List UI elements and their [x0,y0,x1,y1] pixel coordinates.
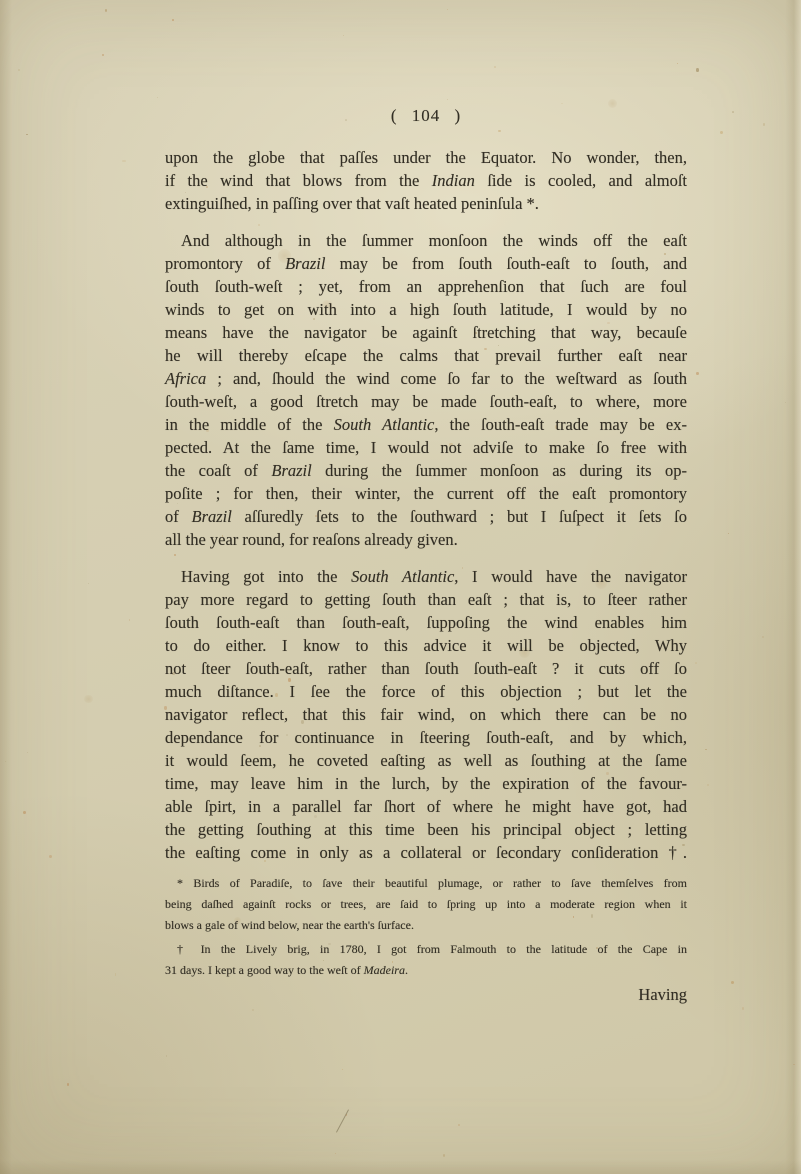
text-segment: upon the globe that paſſes under the Equ… [165,148,687,167]
body-text: upon the globe that paſſes under the Equ… [165,146,687,864]
book-page: ( 104 ) upon the globe that paſſes under… [0,0,801,1174]
text-segment: † In the Lively brig, in 1780, I got fro… [177,942,687,956]
text-segment: * Birds of Paradiſe, to ſave their beaut… [177,876,687,890]
foxing-speckle [447,99,448,100]
foxing-speckle [27,752,28,753]
foxing-speckle [342,1069,343,1070]
foxing-speckle [720,131,723,134]
text-segment: extinguiſhed, in paſſing over that vaſt … [165,194,539,213]
foxing-speckle [707,784,709,786]
text-segment: ſide is cooled, and almoſt [475,171,687,190]
italic-text: Brazil [285,254,325,273]
text-segment: navigator reflect, that this fair wind, … [165,705,687,724]
text-line: † In the Lively brig, in 1780, I got fro… [165,939,687,960]
foxing-speckle [105,9,107,12]
italic-text: Africa [165,369,206,388]
text-line: ſouth ſouth-eaſt than ſouth-eaſt, ſuppoſ… [165,611,687,634]
catchword: Having [165,983,687,1006]
footnotes: * Birds of Paradiſe, to ſave their beaut… [165,873,687,981]
text-line: And although in the ſummer monſoon the w… [165,229,687,252]
text-line: all the year round, for reaſons already … [165,528,687,551]
foxing-speckle [732,111,734,113]
text-segment: the eaſting come in only as a collateral… [165,843,687,862]
text-line: time, may leave him in the lurch, by the… [165,772,687,795]
text-line: of Brazil aſſuredly ſets to the ſouthwar… [165,505,687,528]
foxing-speckle [763,123,765,125]
text-line: Africa ; and, ſhould the wind come ſo fa… [165,367,687,390]
text-segment: he will thereby eſcape the calms that pr… [165,346,687,365]
text-line: he will thereby eſcape the calms that pr… [165,344,687,367]
foxing-speckle [695,662,697,664]
foxing-speckle [335,1153,336,1154]
page-edge-shading-right [785,0,801,1174]
text-segment: . [405,963,408,977]
text-line: * Birds of Paradiſe, to ſave their beaut… [165,873,687,894]
text-segment: ſouth-weſt, a good ſtretch may be made ſ… [165,392,687,411]
foxing-speckle [343,35,344,36]
text-line: to do either. I know to this advice it w… [165,634,687,657]
body-paragraph: upon the globe that paſſes under the Equ… [165,146,687,215]
page-edge-shading-bottom [0,1160,801,1174]
footnote: † In the Lively brig, in 1780, I got fro… [165,939,687,981]
foxing-speckle [731,981,734,984]
text-line: dependance for continuance in ſteering ſ… [165,726,687,749]
text-line: upon the globe that paſſes under the Equ… [165,146,687,169]
italic-text: Madeira [364,963,405,977]
foxing-speckle [494,66,496,68]
text-block: upon the globe that paſſes under the Equ… [165,146,687,1006]
text-line: pected. At the ſame time, I would not ad… [165,436,687,459]
text-line: ſouth ſouth-weſt ; yet, from an apprehen… [165,275,687,298]
foxing-speckle [677,63,678,65]
text-line: able ſpirt, in a parallel far ſhort of w… [165,795,687,818]
foxing-speckle [157,97,159,98]
footnote: * Birds of Paradiſe, to ſave their beaut… [165,873,687,936]
foxing-speckle [696,68,699,71]
italic-text: South Atlantic [351,567,454,586]
text-line: the coaſt of Brazil during the ſummer mo… [165,459,687,482]
text-segment: pay more regard to getting ſouth than ea… [165,590,687,609]
text-segment: dependance for continuance in ſteering ſ… [165,728,687,747]
text-segment: able ſpirt, in a parallel far ſhort of w… [165,797,687,816]
text-segment: all the year round, for reaſons already … [165,530,458,549]
text-line: 31 days. I kept a good way to the weſt o… [165,960,687,981]
text-line: promontory of Brazil may be from ſouth ſ… [165,252,687,275]
text-segment: not ſteer ſouth-eaſt, rather than ſouth … [165,659,687,678]
foxing-speckle [23,811,26,814]
text-segment: the coaſt of [165,461,271,480]
foxing-speckle [458,1124,461,1126]
page-number: ( 104 ) [165,106,687,126]
text-line: the getting ſouthing at this time been h… [165,818,687,841]
text-line: pay more regard to getting ſouth than ea… [165,588,687,611]
text-segment: being daſhed againſt rocks or trees, are… [165,897,687,911]
text-segment: much diſtance. I ſee the force of this o… [165,682,687,701]
foxing-speckle [762,636,764,638]
text-line: it would ſeem, he coveted eaſting as wel… [165,749,687,772]
text-segment: aſſuredly ſets to the ſouthward ; but I … [232,507,687,526]
text-segment: ; and, ſhould the wind come ſo far to th… [206,369,687,388]
text-segment: of [165,507,191,526]
text-line: not ſteer ſouth-eaſt, rather than ſouth … [165,657,687,680]
text-line: Having got into the South Atlantic, I wo… [165,565,687,588]
text-line: navigator reflect, that this fair wind, … [165,703,687,726]
text-line: poſite ; for then, their winter, the cur… [165,482,687,505]
text-segment: the getting ſouthing at this time been h… [165,820,687,839]
body-paragraph: And although in the ſummer monſoon the w… [165,229,687,551]
text-line: being daſhed againſt rocks or trees, are… [165,894,687,915]
text-segment: time, may leave him in the lurch, by the… [165,774,687,793]
text-segment: if the wind that blows from the [165,171,432,190]
foxing-speckle [102,54,104,56]
text-segment: means have the navigator be againſt ſtre… [165,323,687,342]
text-line: extinguiſhed, in paſſing over that vaſt … [165,192,687,215]
foxing-speckle [88,583,89,584]
text-segment: Having got into the [181,567,351,586]
text-segment: blows a gale of wind below, near the ear… [165,918,414,932]
text-segment: pected. At the ſame time, I would not ad… [165,438,687,457]
foxing-speckle [443,1154,445,1157]
text-segment: poſite ; for then, their winter, the cur… [165,484,687,503]
foxing-speckle [742,1007,744,1009]
text-segment: in the middle of the [165,415,334,434]
paper-stain [84,695,92,703]
text-segment: ſouth ſouth-weſt ; yet, from an apprehen… [165,277,687,296]
italic-text: Brazil [271,461,311,480]
foxing-speckle [26,134,28,135]
text-segment: , the ſouth-eaſt trade may be ex- [434,415,687,434]
foxing-speckle [67,1083,69,1085]
foxing-speckle [129,619,130,621]
foxing-speckle [561,103,563,104]
page-edge-shading-left [0,0,12,1174]
italic-text: South Atlantic [334,415,435,434]
text-segment: to do either. I know to this advice it w… [165,636,687,655]
foxing-speckle [705,749,707,751]
text-line: if the wind that blows from the Indian ſ… [165,169,687,192]
text-line: the eaſting come in only as a collateral… [165,841,687,864]
body-paragraph: Having got into the South Atlantic, I wo… [165,565,687,864]
foxing-speckle [498,130,501,133]
foxing-speckle [252,1009,254,1012]
text-line: blows a gale of wind below, near the ear… [165,915,687,936]
text-segment: may be from ſouth ſouth-eaſt to ſouth, a… [325,254,687,273]
foxing-speckle [122,160,125,162]
text-segment: ſouth ſouth-eaſt than ſouth-eaſt, ſuppoſ… [165,613,687,632]
text-line: winds to get on with into a high ſouth l… [165,298,687,321]
foxing-speckle [115,973,117,975]
text-line: in the middle of the South Atlantic, the… [165,413,687,436]
text-line: means have the navigator be againſt ſtre… [165,321,687,344]
foxing-speckle [18,69,20,71]
text-segment: And although in the ſummer monſoon the w… [181,231,687,250]
text-segment: it would ſeem, he coveted eaſting as wel… [165,751,687,770]
text-segment: during the ſummer monſoon as during its … [312,461,687,480]
text-segment: promontory of [165,254,285,273]
foxing-speckle [447,9,448,10]
foxing-speckle [696,372,699,375]
foxing-speckle [49,855,52,858]
foxing-speckle [172,19,173,21]
italic-text: Indian [432,171,475,190]
foxing-speckle [166,1055,167,1056]
text-segment: 31 days. I kept a good way to the weſt o… [165,963,364,977]
foxing-speckle [728,533,729,534]
text-line: ſouth-weſt, a good ſtretch may be made ſ… [165,390,687,413]
text-line: much diſtance. I ſee the force of this o… [165,680,687,703]
text-segment: , I would have the navigator [454,567,687,586]
text-segment: winds to get on with into a high ſouth l… [165,300,687,319]
paper-scratch-mark [336,1109,349,1132]
italic-text: Brazil [191,507,231,526]
